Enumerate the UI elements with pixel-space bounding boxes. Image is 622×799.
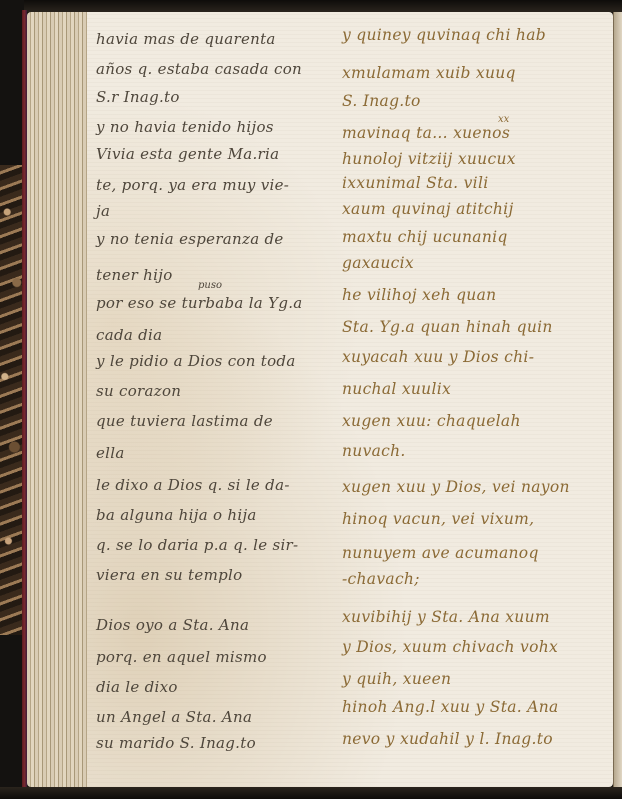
left-line: viera en su templo (96, 566, 242, 584)
left-line: porq. en aquel mismo (96, 648, 267, 666)
right-line: nunuyem ave acumanoq (342, 544, 539, 562)
left-line: dia le dixo (96, 678, 178, 696)
left-line: tener hijo (96, 266, 173, 284)
right-line: hunoloj vitziij xuucux (342, 150, 516, 168)
right-line: xugen xuu y Dios, vei nayon (342, 478, 570, 496)
left-line: q. se lo daria p.a q. le sir- (96, 536, 298, 554)
right-line: hinoq vacun, vei vixum, (342, 510, 534, 528)
left-line: y no tenia esperanza de (96, 230, 284, 248)
right-line: y quih, xueen (342, 670, 451, 688)
left-line: le dixo a Dios q. si le da- (96, 476, 290, 494)
left-line: Dios oyo a Sta. Ana (96, 616, 249, 634)
right-line: S. Inag.to (342, 92, 421, 110)
left-line: su marido S. Inag.to (96, 734, 256, 752)
right-line: nuvach. (342, 442, 406, 460)
left-line: que tuviera lastima de (96, 412, 273, 430)
right-line: xaum quvinaj atitchij (342, 200, 514, 218)
right-line: -chavach; (342, 570, 420, 588)
left-line: ja (96, 202, 110, 220)
left-line: su corazon (96, 382, 181, 400)
left-line: un Angel a Sta. Ana (96, 708, 252, 726)
left-line: y no havia tenido hijos (96, 118, 274, 136)
left-line: Vivia esta gente Ma.ria (96, 145, 279, 163)
left-line: cada dia (96, 326, 162, 344)
right-line: nuchal xuulix (342, 380, 451, 398)
left-line: havia mas de quarenta (96, 30, 276, 48)
left-line: ella (96, 444, 125, 462)
right-line: xugen xuu: chaquelah (342, 412, 521, 430)
left-line: S.r Inag.to (96, 88, 180, 106)
right-line: xuyacah xuu y Dios chi- (342, 348, 534, 366)
marbled-cover (0, 165, 24, 635)
left-line: ba alguna hija o hija (96, 506, 257, 524)
left-line: y le pidio a Dios con toda (96, 352, 296, 370)
left-line: te, porq. ya era muy vie- (96, 176, 289, 194)
right-line: Sta. Yg.a quan hinah quin (342, 318, 553, 336)
right-line: mavinaq ta... xuenos (342, 124, 510, 142)
book-binding-bottom (0, 787, 622, 799)
page-right-edge (613, 12, 622, 787)
right-line: xmulamam xuib xuuq (342, 64, 516, 82)
right-line: gaxaucix (342, 254, 414, 272)
right-line: y quiney quvinaq chi hab (342, 26, 546, 44)
page-stack-edges (27, 12, 87, 787)
right-line: hinoh Ang.l xuu y Sta. Ana (342, 698, 559, 716)
book-binding-top (0, 0, 622, 12)
left-line: por eso se turbaba la Yg.a (96, 294, 303, 312)
right-line: he vilihoj xeh quan (342, 286, 496, 304)
right-line: maxtu chij ucunaniq (342, 228, 508, 246)
supralinear-note: puso (198, 280, 222, 291)
left-line: años q. estaba casada con (96, 60, 302, 78)
right-line: ixxunimal Sta. vili (342, 174, 488, 192)
right-line: y Dios, xuum chivach vohx (342, 638, 558, 656)
right-line: nevo y xudahil y l. Inag.to (342, 730, 553, 748)
right-line: xuvibihij y Sta. Ana xuum (342, 608, 550, 626)
